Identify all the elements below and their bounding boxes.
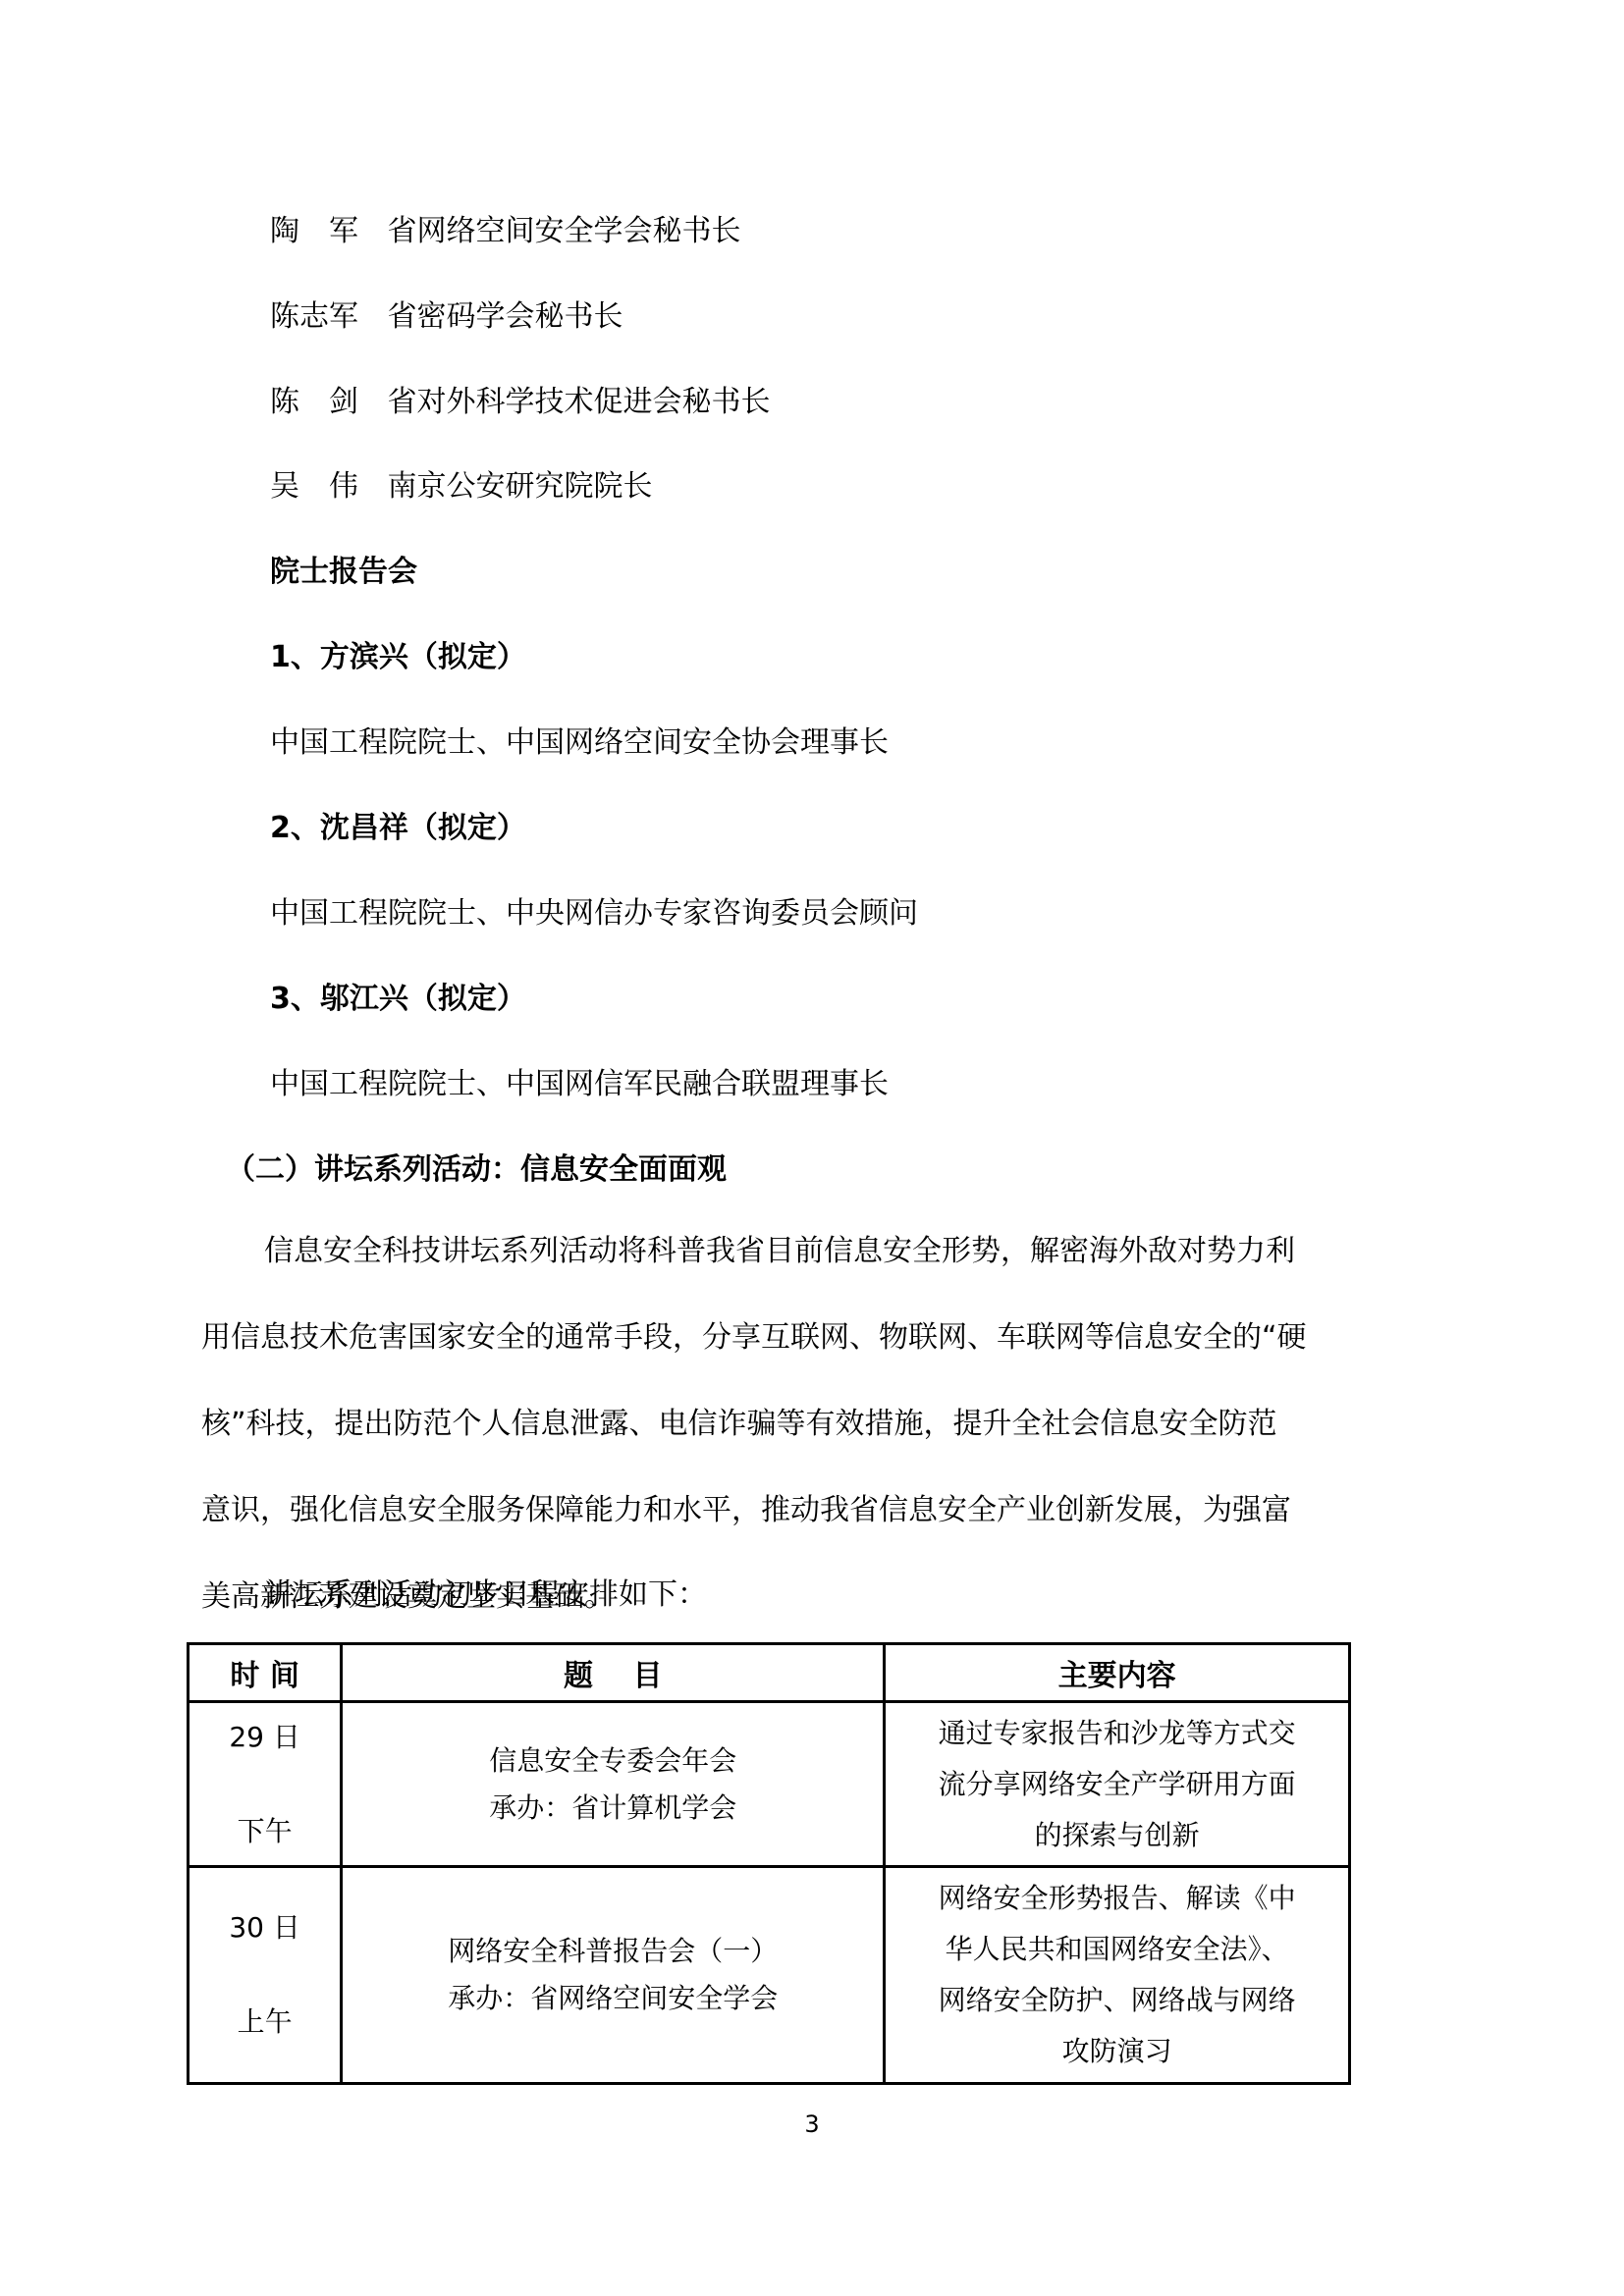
content-cell: 网络安全形势报告、解读《中 华人民共和国网络安全法》、 网络安全防护、网络战与网… [885,1867,1350,2084]
speaker-title: 中国工程院院士、中央网信办专家咨询委员会顾问 [270,896,918,932]
official-name: 吴 伟 [270,469,378,505]
official-entry: 陶 军 省网络空间安全学会秘书长 [270,214,741,249]
paragraph-line: 意识，强化信息安全服务保障能力和水平，推动我省信息安全产业创新发展，为强富 [201,1468,1431,1554]
content-line: 网络安全防护、网络战与网络 [907,1975,1326,2026]
day: 29 日 [189,1714,340,1761]
topic: 信息安全专委会年会 [343,1737,883,1785]
schedule-intro: 讲坛系列活动初步日程安排如下： [265,1577,707,1613]
official-title: 省密码学会秘书长 [388,299,623,334]
content-line: 攻防演习 [907,2026,1326,2077]
topic: 网络安全科普报告会（一） [343,1928,883,1975]
header-topic: 题 目 [342,1644,885,1702]
schedule-table: 时 间 题 目 主要内容 29 日 下午 信息安全专委会年会 承办：省计算机学会… [187,1642,1351,2085]
official-entry: 陈 剑 省对外科学技术促进会秘书长 [270,385,771,420]
period: 下午 [189,1808,340,1855]
speaker-label: 2、沈昌祥（拟定） [270,811,526,846]
content-line: 流分享网络安全产学研用方面 [907,1759,1326,1810]
host: 承办：省网络空间安全学会 [343,1975,883,2022]
speaker-title: 中国工程院院士、中国网络空间安全协会理事长 [270,725,889,761]
section-heading: 院士报告会 [270,555,417,590]
header-time: 时 间 [189,1644,342,1702]
official-title: 南京公安研究院院长 [388,469,653,504]
paragraph-line: 核”科技，提出防范个人信息泄露、电信诈骗等有效措施，提升全社会信息安全防范 [201,1381,1431,1468]
official-entry: 吴 伟 南京公安研究院院长 [270,469,653,505]
official-title: 省对外科学技术促进会秘书长 [388,385,771,419]
page-number: 3 [0,2110,1624,2138]
topic-cell: 网络安全科普报告会（一） 承办：省网络空间安全学会 [342,1867,885,2084]
forum-paragraph: 信息安全科技讲坛系列活动将科普我省目前信息安全形势，解密海外敌对势力利 用信息技… [201,1208,1431,1640]
paragraph-line: 信息安全科技讲坛系列活动将科普我省目前信息安全形势，解密海外敌对势力利 [201,1208,1431,1295]
speaker-label: 1、方滨兴（拟定） [270,640,526,675]
content-line: 网络安全形势报告、解读《中 [907,1873,1326,1924]
paragraph-line: 用信息技术危害国家安全的通常手段，分享互联网、物联网、车联网等信息安全的“硬 [201,1295,1431,1381]
official-name: 陈 剑 [270,385,378,420]
table-header-row: 时 间 题 目 主要内容 [189,1644,1350,1702]
speaker-title: 中国工程院院士、中国网信军民融合联盟理事长 [270,1067,889,1102]
speaker-label: 3、邬江兴（拟定） [270,982,526,1017]
topic-cell: 信息安全专委会年会 承办：省计算机学会 [342,1702,885,1867]
content-line: 通过专家报告和沙龙等方式交 [907,1708,1326,1759]
content-cell: 通过专家报告和沙龙等方式交 流分享网络安全产学研用方面 的探索与创新 [885,1702,1350,1867]
content-line: 华人民共和国网络安全法》、 [907,1924,1326,1975]
content-line: 的探索与创新 [907,1810,1326,1861]
table-row: 30 日 上午 网络安全科普报告会（一） 承办：省网络空间安全学会 网络安全形势… [189,1867,1350,2084]
section-heading: （二）讲坛系列活动：信息安全面面观 [226,1152,727,1188]
official-entry: 陈志军 省密码学会秘书长 [270,299,623,335]
table-row: 29 日 下午 信息安全专委会年会 承办：省计算机学会 通过专家报告和沙龙等方式… [189,1702,1350,1867]
host: 承办：省计算机学会 [343,1785,883,1832]
header-content: 主要内容 [885,1644,1350,1702]
period: 上午 [189,1999,340,2046]
official-name: 陶 军 [270,214,378,249]
time-cell: 29 日 下午 [189,1702,342,1867]
official-name: 陈志军 [270,299,378,335]
official-title: 省网络空间安全学会秘书长 [388,214,741,248]
time-cell: 30 日 上午 [189,1867,342,2084]
day: 30 日 [189,1904,340,1951]
